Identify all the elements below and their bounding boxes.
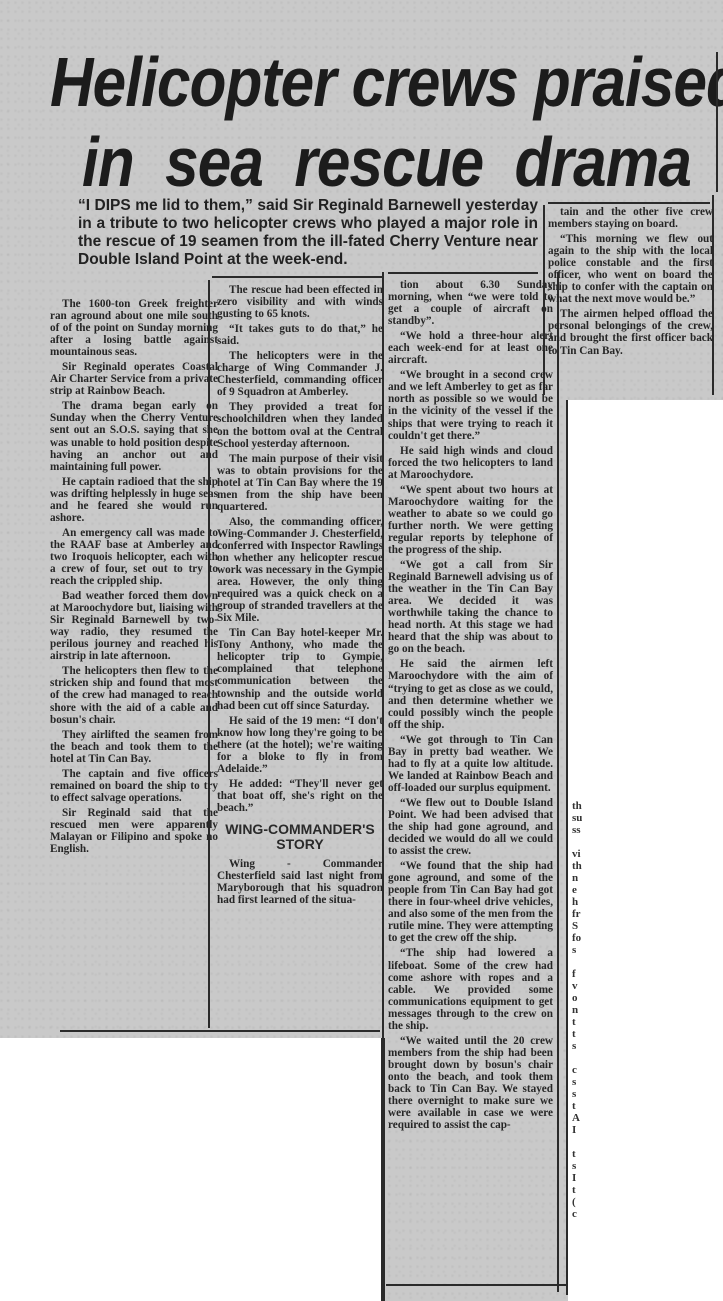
- fragment-letter: v: [572, 980, 582, 992]
- fragment-letter: t: [572, 1148, 582, 1160]
- blank-area: [568, 400, 723, 1301]
- column-rule: [557, 272, 559, 1292]
- column-rule: [716, 52, 718, 192]
- paragraph: He said of the 19 men: “I don't know how…: [217, 715, 383, 775]
- fragment-letter: [572, 956, 582, 968]
- paragraph: “It takes guts to do that,” he said.: [217, 323, 383, 347]
- fragment-letter: s: [572, 1076, 582, 1088]
- paragraph: Bad weather forced them down at Maroochy…: [50, 590, 218, 662]
- fragment-letter: th: [572, 800, 582, 812]
- fragment-letter: s: [572, 1088, 582, 1100]
- clipping-edge: [381, 1038, 385, 1301]
- fragment-letter: c: [572, 1064, 582, 1076]
- fragment-letter: A: [572, 1112, 582, 1124]
- fragment-letter: (: [572, 1196, 582, 1208]
- paragraph: He said high winds and cloud forced the …: [388, 445, 553, 481]
- fragment-letter: S: [572, 920, 582, 932]
- paragraph: “We hold a three-hour alert each week-en…: [388, 330, 553, 366]
- paragraph: The helicopters were in the charge of Wi…: [217, 350, 383, 398]
- paragraph: He captain radioed that the ship was dri…: [50, 476, 218, 524]
- paragraph: “We flew out to Double Island Point. We …: [388, 797, 553, 857]
- fragment-letter: c: [572, 1208, 582, 1220]
- paragraph: The helicopters then flew to the stricke…: [50, 665, 218, 725]
- paragraph: They airlifted the seamen from the beach…: [50, 729, 218, 765]
- paragraph: The airmen helped offload the personal b…: [548, 308, 713, 356]
- paragraph: He said the airmen left Maroochydore wit…: [388, 658, 553, 730]
- article-column-3: tion about 6.30 Sunday morning, when “we…: [388, 279, 553, 1134]
- column-rule: [548, 202, 710, 204]
- column-rule: [388, 272, 538, 274]
- paragraph: “We got a call from Sir Reginald Barnewe…: [388, 559, 553, 655]
- fragment-letter: th: [572, 860, 582, 872]
- paragraph: The main purpose of their visit was to o…: [217, 453, 383, 513]
- subheading: WING-COMMANDER'S STORY: [217, 822, 383, 852]
- fragment-letter: su: [572, 812, 582, 824]
- paragraph: The rescue had been effected in zero vis…: [217, 284, 383, 320]
- fragment-letter: f: [572, 968, 582, 980]
- fragment-letter: h: [572, 896, 582, 908]
- column-rule: [212, 276, 382, 278]
- fragment-letter: I: [572, 1124, 582, 1136]
- fragment-letter: t: [572, 1100, 582, 1112]
- paragraph: The captain and five officers remained o…: [50, 768, 218, 804]
- fragment-letter: n: [572, 1004, 582, 1016]
- paragraph: He added: “They'll never get that boat o…: [217, 778, 383, 814]
- paragraph: Also, the commanding officer, Wing-Comma…: [217, 516, 383, 624]
- article-column-1: The 1600-ton Greek freighter ran aground…: [50, 298, 218, 858]
- fragment-letter: s: [572, 1160, 582, 1172]
- column-rule: [60, 1030, 380, 1032]
- headline-line-2: in sea rescue drama: [82, 122, 675, 202]
- fragment-letter: t: [572, 1016, 582, 1028]
- paragraph: Wing - Commander Chesterfield said last …: [217, 858, 383, 906]
- paragraph: “We brought in a second crew and we left…: [388, 369, 553, 441]
- fragment-letter: I: [572, 1172, 582, 1184]
- paragraph: tain and the other five crew members sta…: [548, 206, 713, 230]
- paragraph: Tin Can Bay hotel-keeper Mr. Tony Anthon…: [217, 627, 383, 711]
- paragraph: Sir Reginald operates Coastal Air Charte…: [50, 361, 218, 397]
- fragment-letter: t: [572, 1028, 582, 1040]
- fragment-letter: e: [572, 884, 582, 896]
- paragraph: An emergency call was made to the RAAF b…: [50, 527, 218, 587]
- headline-line-1: Helicopter crews praised: [50, 42, 643, 122]
- fragment-letter: ss: [572, 824, 582, 836]
- fragment-letter: [572, 1052, 582, 1064]
- fragment-letter: s: [572, 944, 582, 956]
- article-column-4: tain and the other five crew members sta…: [548, 206, 713, 360]
- adjacent-article-fragment: thsuss vithnehfrSfos fvontts csstAI tsIt…: [572, 800, 582, 1220]
- fragment-letter: [572, 1136, 582, 1148]
- paragraph: tion about 6.30 Sunday morning, when “we…: [388, 279, 553, 327]
- paragraph: “The ship had lowered a lifeboat. Some o…: [388, 947, 553, 1031]
- fragment-letter: fo: [572, 932, 582, 944]
- fragment-letter: n: [572, 872, 582, 884]
- paragraph: “This morning we flew out again to the s…: [548, 233, 713, 305]
- fragment-letter: fr: [572, 908, 582, 920]
- fragment-letter: o: [572, 992, 582, 1004]
- fragment-letter: vi: [572, 848, 582, 860]
- paragraph: “We waited until the 20 crew members fro…: [388, 1035, 553, 1131]
- fragment-letter: t: [572, 1184, 582, 1196]
- article-column-2: The rescue had been effected in zero vis…: [217, 284, 383, 909]
- paragraph: They provided a treat for schoolchildren…: [217, 401, 383, 449]
- fragment-letter: [572, 836, 582, 848]
- paragraph: “We got through to Tin Can Bay in pretty…: [388, 734, 553, 794]
- paragraph: The 1600-ton Greek freighter ran aground…: [50, 298, 218, 358]
- paragraph: “We spent about two hours at Maroochydor…: [388, 484, 553, 556]
- column-rule: [566, 400, 568, 1295]
- paragraph: “We found that the ship had gone aground…: [388, 860, 553, 944]
- paragraph: Sir Reginald said that the rescued men w…: [50, 807, 218, 855]
- column-rule: [386, 1284, 566, 1286]
- fragment-letter: s: [572, 1040, 582, 1052]
- article-intro: “I DIPS me lid to them,” said Sir Regina…: [78, 197, 538, 269]
- paragraph: The drama began early on Sunday when the…: [50, 400, 218, 472]
